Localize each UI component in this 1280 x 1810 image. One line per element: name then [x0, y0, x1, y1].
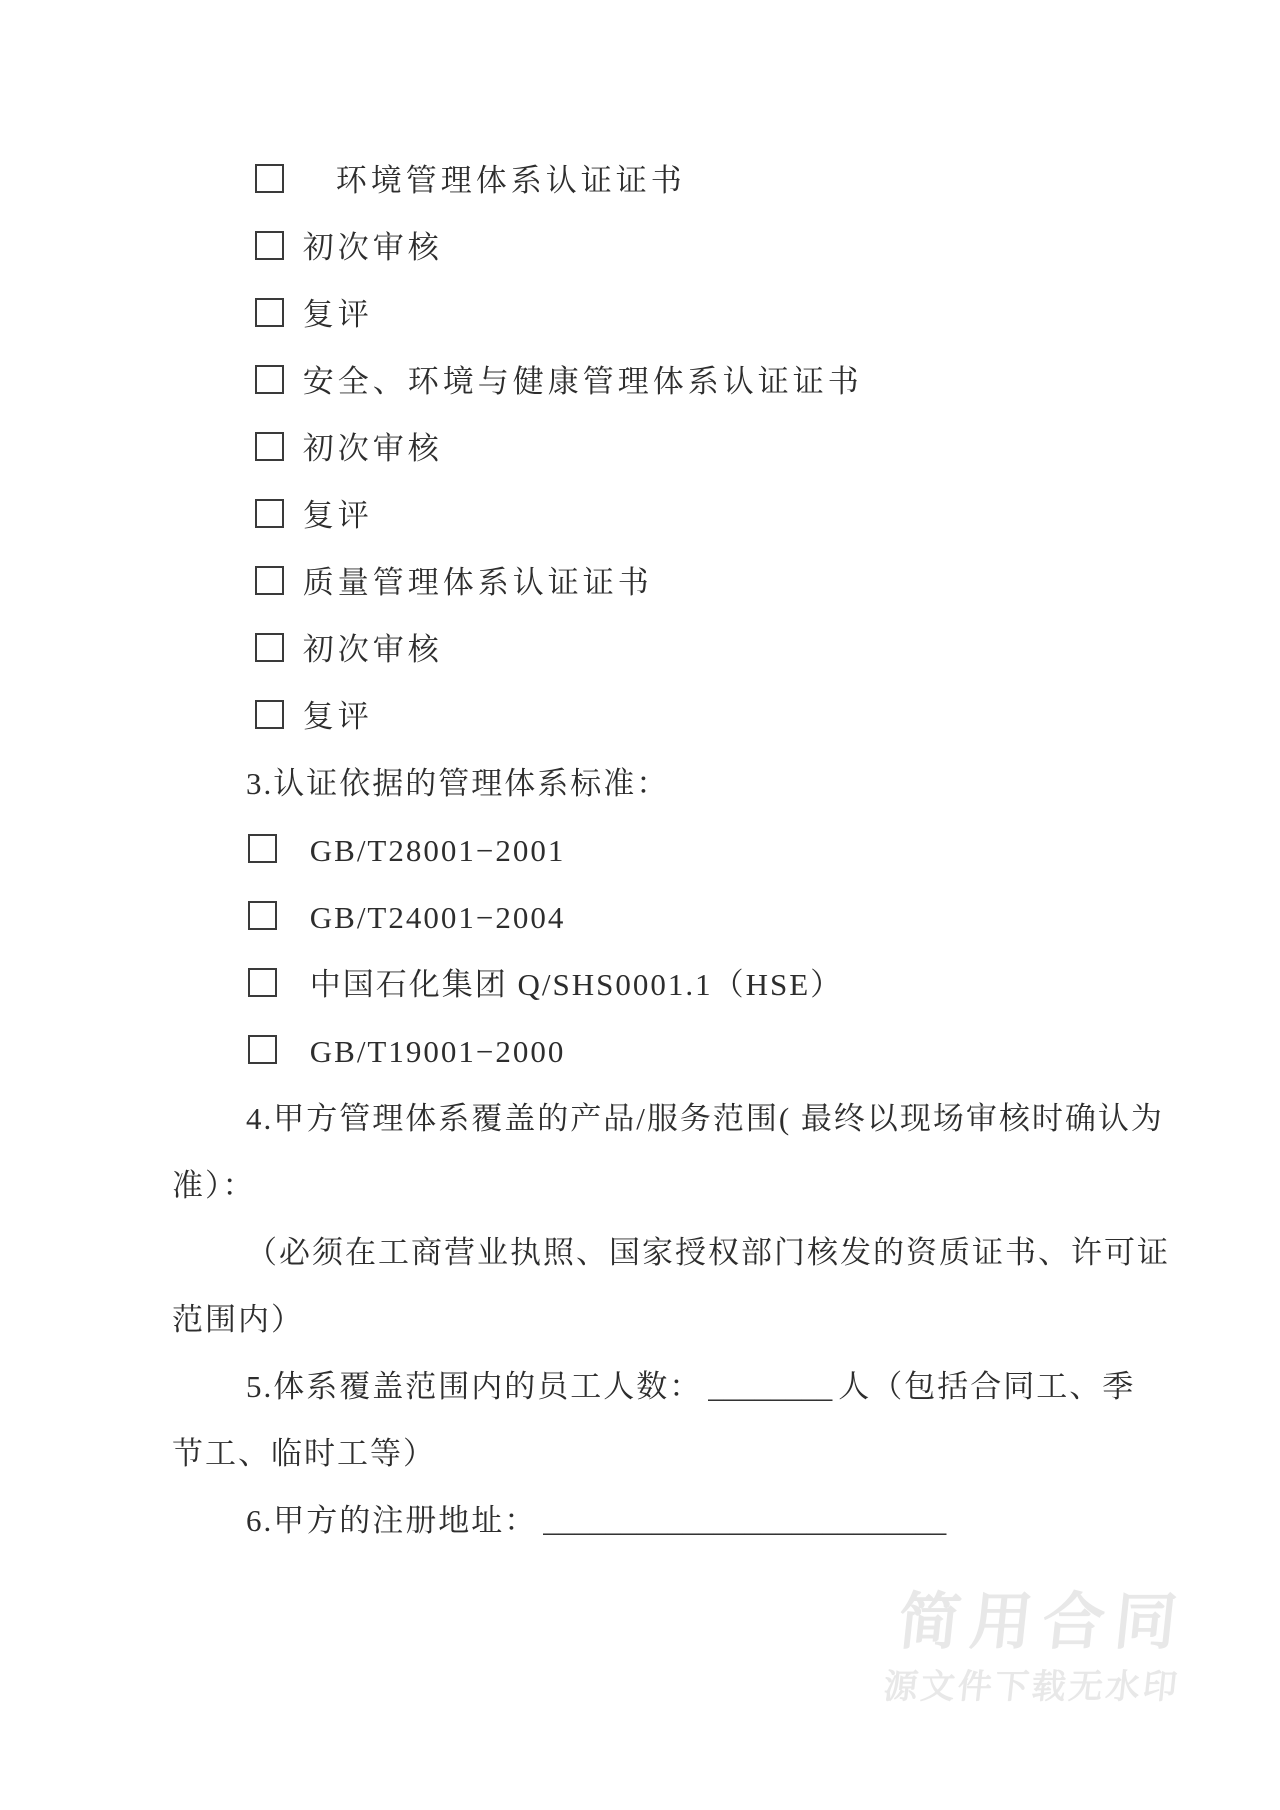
- checkbox-item-gbt19001: GB/T19001−2000: [172, 1018, 1117, 1085]
- checkbox-label: GB/T19001−2000: [310, 1034, 566, 1069]
- checkbox-label: 安全、环境与健康管理体系认证证书: [303, 364, 863, 399]
- checkbox[interactable]: [255, 633, 284, 662]
- checkbox-item-gbt28001: GB/T28001−2001: [172, 817, 1117, 884]
- section4-line2: 准）：: [172, 1152, 1117, 1219]
- section6-line: 6.甲方的注册地址：__________________________: [172, 1487, 1117, 1554]
- checkbox[interactable]: [248, 968, 277, 997]
- checkbox-label: 初次审核: [303, 431, 443, 466]
- checkbox-item-initial-audit-1: 初次审核: [172, 214, 1117, 281]
- checkbox[interactable]: [255, 231, 284, 260]
- checkbox-label: 中国石化集团 Q/SHS0001.1（HSE）: [310, 967, 843, 1002]
- checkbox-item-hse-cert: 安全、环境与健康管理体系认证证书: [172, 348, 1117, 415]
- checkbox[interactable]: [248, 834, 277, 863]
- section3-heading: 3.认证依据的管理体系标准：: [172, 750, 1117, 817]
- document-content: 环境管理体系认证证书 初次审核 复评 安全、环境与健康管理体系认证证书 初次审核…: [172, 147, 1117, 1554]
- employee-count-suffix: 人（包括合同工、季: [838, 1369, 1135, 1404]
- checkbox-item-initial-audit-3: 初次审核: [172, 616, 1117, 683]
- checkbox-item-reassessment-1: 复评: [172, 281, 1117, 348]
- watermark-title: 简用合同: [887, 1588, 1190, 1656]
- checkbox-item-reassessment-3: 复评: [172, 683, 1117, 750]
- checkbox[interactable]: [255, 700, 284, 729]
- checkbox-label: 质量管理体系认证证书: [303, 565, 653, 600]
- employee-count-label: 5.体系覆盖范围内的员工人数：: [246, 1369, 702, 1404]
- checkbox-label: 初次审核: [303, 632, 443, 667]
- section4-note-line2: 范围内）: [172, 1286, 1117, 1353]
- document-page: 环境管理体系认证证书 初次审核 复评 安全、环境与健康管理体系认证证书 初次审核…: [0, 0, 1280, 1810]
- checkbox-label: 复评: [303, 699, 373, 734]
- checkbox-label: 初次审核: [303, 230, 443, 265]
- registered-address-blank[interactable]: __________________________: [543, 1503, 946, 1538]
- checkbox[interactable]: [255, 499, 284, 528]
- checkbox-item-sinopec-hse: 中国石化集团 Q/SHS0001.1（HSE）: [172, 951, 1117, 1018]
- section5-line2: 节工、临时工等）: [172, 1420, 1117, 1487]
- watermark: 简用合同 源文件下载无水印: [882, 1588, 1190, 1706]
- checkbox[interactable]: [255, 298, 284, 327]
- checkbox-item-env-cert: 环境管理体系认证证书: [172, 147, 1117, 214]
- checkbox[interactable]: [255, 365, 284, 394]
- checkbox-label: GB/T24001−2004: [310, 900, 566, 935]
- checkbox-item-quality-cert: 质量管理体系认证证书: [172, 549, 1117, 616]
- checkbox[interactable]: [248, 901, 277, 930]
- section4-line1: 4.甲方管理体系覆盖的产品/服务范围( 最终以现场审核时确认为: [172, 1085, 1117, 1152]
- section4-note-line1: （必须在工商营业执照、国家授权部门核发的资质证书、许可证: [172, 1219, 1117, 1286]
- checkbox[interactable]: [255, 432, 284, 461]
- watermark-subtitle: 源文件下载无水印: [882, 1668, 1182, 1706]
- checkbox[interactable]: [255, 566, 284, 595]
- checkbox-label: 复评: [303, 498, 373, 533]
- checkbox-item-reassessment-2: 复评: [172, 482, 1117, 549]
- checkbox-item-initial-audit-2: 初次审核: [172, 415, 1117, 482]
- checkbox[interactable]: [255, 164, 284, 193]
- registered-address-label: 6.甲方的注册地址：: [246, 1503, 537, 1538]
- checkbox[interactable]: [248, 1035, 277, 1064]
- checkbox-item-gbt24001: GB/T24001−2004: [172, 884, 1117, 951]
- section5-line1: 5.体系覆盖范围内的员工人数：________人（包括合同工、季: [172, 1353, 1117, 1420]
- checkbox-label: GB/T28001−2001: [310, 833, 566, 868]
- checkbox-label: 复评: [303, 297, 373, 332]
- employee-count-blank[interactable]: ________: [708, 1369, 832, 1404]
- checkbox-label: 环境管理体系认证证书: [336, 163, 686, 198]
